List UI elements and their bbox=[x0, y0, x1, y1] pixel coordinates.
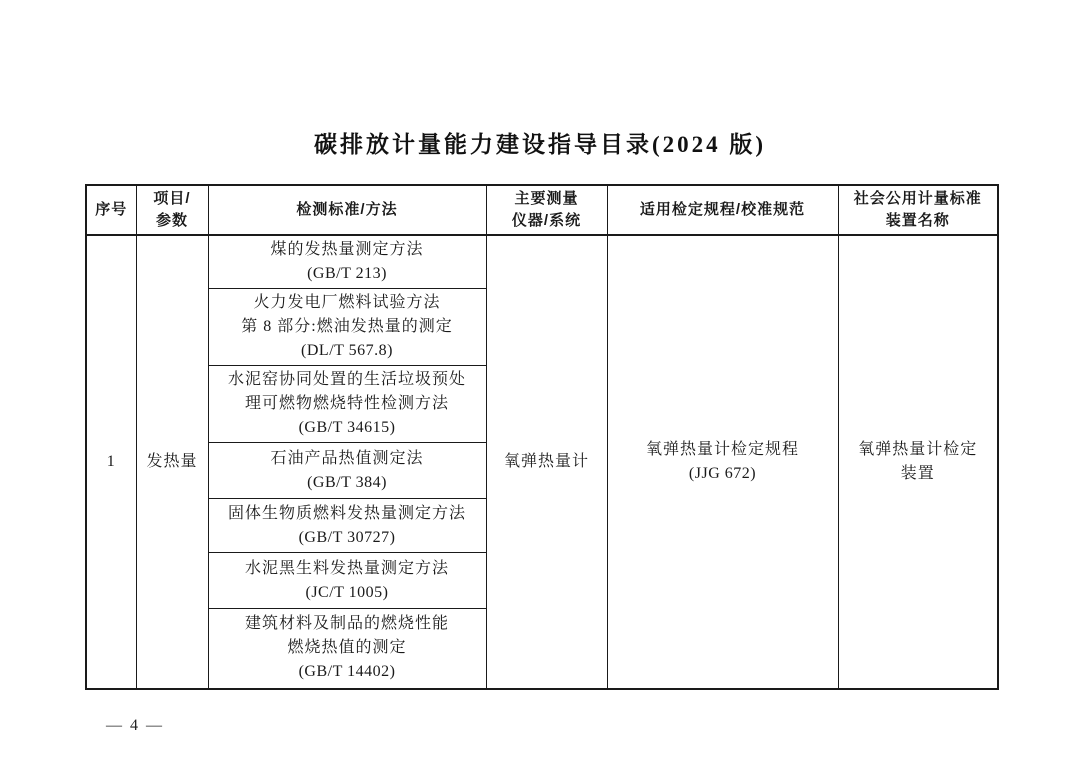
column-header-regulation: 适用检定规程/校准规范 bbox=[607, 185, 838, 235]
column-header-param: 项目/ 参数 bbox=[136, 185, 208, 235]
method-name: 建筑材料及制品的燃烧性能 bbox=[227, 612, 467, 636]
page-title: 碳排放计量能力建设指导目录(2024 版) bbox=[0, 126, 1080, 159]
instrument-cell: 氧弹热量计 bbox=[486, 235, 607, 689]
method-cell: 石油产品热值测定法 (GB/T 384) bbox=[208, 443, 486, 499]
method-cell: 火力发电厂燃料试验方法 第 8 部分:燃油发热量的测定 (DL/T 567.8) bbox=[208, 289, 486, 366]
method-name: 石油产品热值测定法 bbox=[227, 447, 467, 471]
method-name: 水泥黑生料发热量测定方法 bbox=[227, 557, 467, 581]
regulation-code: (JJG 672) bbox=[610, 462, 836, 486]
method-cell: 水泥黑生料发热量测定方法 (JC/T 1005) bbox=[208, 553, 486, 609]
instrument-name: 氧弹热量计 bbox=[489, 450, 605, 474]
table-header-row: 序号 项目/ 参数 检测标准/方法 主要测量 仪器/系统 适用检定规程/校准规范 bbox=[86, 185, 998, 235]
column-header-label: 仪器/系统 bbox=[489, 210, 605, 232]
method-code: (DL/T 567.8) bbox=[211, 339, 484, 363]
document-page: 碳排放计量能力建设指导目录(2024 版) 序号 项目/ 参数 检测标准/方法 … bbox=[0, 0, 1080, 783]
catalog-table: 序号 项目/ 参数 检测标准/方法 主要测量 仪器/系统 适用检定规程/校准规范 bbox=[85, 184, 999, 690]
page-number: — 4 — bbox=[106, 717, 1080, 735]
method-code: (GB/T 14402) bbox=[211, 660, 484, 684]
device-name: 氧弹热量计检定装置 bbox=[858, 438, 978, 486]
method-code: (GB/T 384) bbox=[211, 471, 484, 495]
method-name: 水泥窑协同处置的生活垃圾预处理可燃物燃烧特性检测方法 bbox=[227, 368, 467, 416]
method-code: (JC/T 1005) bbox=[211, 581, 484, 605]
regulation-name: 氧弹热量计检定规程 bbox=[610, 438, 836, 462]
table-row: 1 发热量 煤的发热量测定方法 (GB/T 213) 氧弹热量计 氧弹热量计检定… bbox=[86, 235, 998, 289]
method-code: (GB/T 213) bbox=[211, 262, 484, 286]
seq-cell: 1 bbox=[86, 235, 136, 689]
column-header-label: 检测标准/方法 bbox=[211, 199, 484, 221]
param-cell: 发热量 bbox=[136, 235, 208, 689]
column-header-instrument: 主要测量 仪器/系统 bbox=[486, 185, 607, 235]
column-header-label: 主要测量 bbox=[489, 188, 605, 210]
method-name-line2: 燃烧热值的测定 bbox=[227, 636, 467, 660]
column-header-label: 参数 bbox=[139, 210, 206, 232]
column-header-label: 装置名称 bbox=[841, 210, 996, 232]
method-name-line2: 第 8 部分:燃油发热量的测定 bbox=[227, 315, 467, 339]
column-header-device: 社会公用计量标准 装置名称 bbox=[838, 185, 998, 235]
column-header-label: 社会公用计量标准 bbox=[841, 188, 996, 210]
method-code: (GB/T 30727) bbox=[211, 526, 484, 550]
method-cell: 固体生物质燃料发热量测定方法 (GB/T 30727) bbox=[208, 499, 486, 553]
column-header-label: 项目/ bbox=[139, 188, 206, 210]
method-name: 煤的发热量测定方法 bbox=[227, 238, 467, 262]
method-code: (GB/T 34615) bbox=[211, 416, 484, 440]
method-cell: 煤的发热量测定方法 (GB/T 213) bbox=[208, 235, 486, 289]
column-header-method: 检测标准/方法 bbox=[208, 185, 486, 235]
column-header-seq: 序号 bbox=[86, 185, 136, 235]
regulation-cell: 氧弹热量计检定规程 (JJG 672) bbox=[607, 235, 838, 689]
column-header-label: 序号 bbox=[89, 199, 134, 221]
method-name: 固体生物质燃料发热量测定方法 bbox=[227, 502, 467, 526]
device-cell: 氧弹热量计检定装置 bbox=[838, 235, 998, 689]
column-header-label: 适用检定规程/校准规范 bbox=[610, 199, 836, 221]
method-name: 火力发电厂燃料试验方法 bbox=[227, 291, 467, 315]
method-cell: 建筑材料及制品的燃烧性能 燃烧热值的测定 (GB/T 14402) bbox=[208, 609, 486, 689]
method-cell: 水泥窑协同处置的生活垃圾预处理可燃物燃烧特性检测方法 (GB/T 34615) bbox=[208, 366, 486, 443]
